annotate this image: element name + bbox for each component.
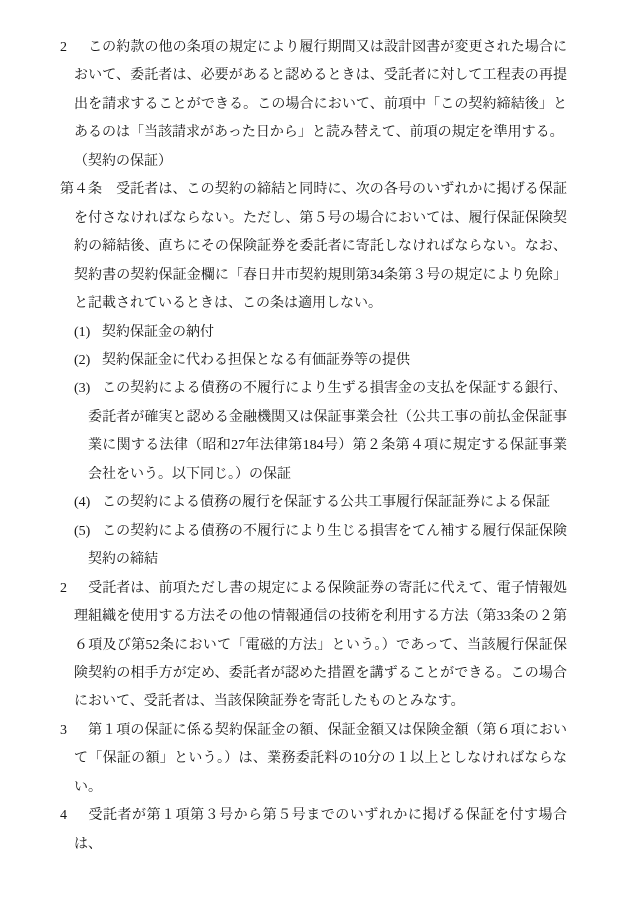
clause-text: 第１項の保証に係る契約保証金の額、保証金額又は保険金額（第６項において「保証の額… — [74, 723, 567, 795]
clause-number: (2) — [74, 347, 102, 375]
contract-block-item: (4)この契約による債務の履行を保証する公共工事履行保証証券による保証 — [60, 489, 567, 517]
clause-number: (5) — [74, 518, 102, 546]
clause-text: この契約による債務の不履行により生ずる損害金の支払を保証する銀行、委託者が確実と… — [88, 381, 567, 481]
contract-block-section-heading: （契約の保証） — [60, 148, 567, 176]
clause-text: （契約の保証） — [74, 154, 172, 169]
clause-text: この契約による債務の不履行により生じる損害をてん補する履行保証保険契約の締結 — [88, 524, 567, 567]
clause-number: 2 — [60, 575, 88, 603]
contract-block-clause-paragraph: 2この約款の他の条項の規定により履行期間又は設計図書が変更された場合において、委… — [60, 34, 567, 148]
document-page: 2この約款の他の条項の規定により履行期間又は設計図書が変更された場合において、委… — [0, 0, 630, 903]
clause-number: 2 — [60, 34, 88, 62]
clause-number: 3 — [60, 717, 88, 745]
clause-number: (3) — [74, 375, 102, 403]
contract-block-item: (1)契約保証金の納付 — [60, 319, 567, 347]
contract-block-clause-paragraph: 3第１項の保証に係る契約保証金の額、保証金額又は保険金額（第６項において「保証の… — [60, 717, 567, 802]
clause-text: 受託者は、前項ただし書の規定による保険証券の寄託に代えて、電子情報処理組織を使用… — [74, 581, 567, 710]
contract-text-body: 2この約款の他の条項の規定により履行期間又は設計図書が変更された場合において、委… — [60, 34, 567, 859]
contract-block-item: (2)契約保証金に代わる担保となる有価証券等の提供 — [60, 347, 567, 375]
clause-number: (4) — [74, 489, 102, 517]
clause-text: 受託者が第１項第３号から第５号までのいずれかに掲げる保証を付す場合は、 — [74, 808, 567, 851]
clause-number: (1) — [74, 319, 102, 347]
contract-block-article: 第４条受託者は、この契約の締結と同時に、次の各号のいずれかに掲げる保証を付さなけ… — [60, 176, 567, 318]
contract-block-item: (5)この契約による債務の不履行により生じる損害をてん補する履行保証保険契約の締… — [60, 518, 567, 575]
clause-text: この約款の他の条項の規定により履行期間又は設計図書が変更された場合において、委託… — [74, 40, 567, 140]
clause-text: 契約保証金の納付 — [102, 325, 214, 340]
contract-block-item: (3)この契約による債務の不履行により生ずる損害金の支払を保証する銀行、委託者が… — [60, 375, 567, 489]
clause-number: 4 — [60, 802, 88, 830]
contract-block-clause-paragraph: 4受託者が第１項第３号から第５号までのいずれかに掲げる保証を付す場合は、 — [60, 802, 567, 859]
clause-number: 第４条 — [60, 176, 116, 204]
clause-text: 受託者は、この契約の締結と同時に、次の各号のいずれかに掲げる保証を付さなければな… — [74, 182, 567, 311]
clause-text: この契約による債務の履行を保証する公共工事履行保証証券による保証 — [102, 495, 550, 510]
clause-text: 契約保証金に代わる担保となる有価証券等の提供 — [102, 353, 410, 368]
contract-block-clause-paragraph: 2受託者は、前項ただし書の規定による保険証券の寄託に代えて、電子情報処理組織を使… — [60, 575, 567, 717]
